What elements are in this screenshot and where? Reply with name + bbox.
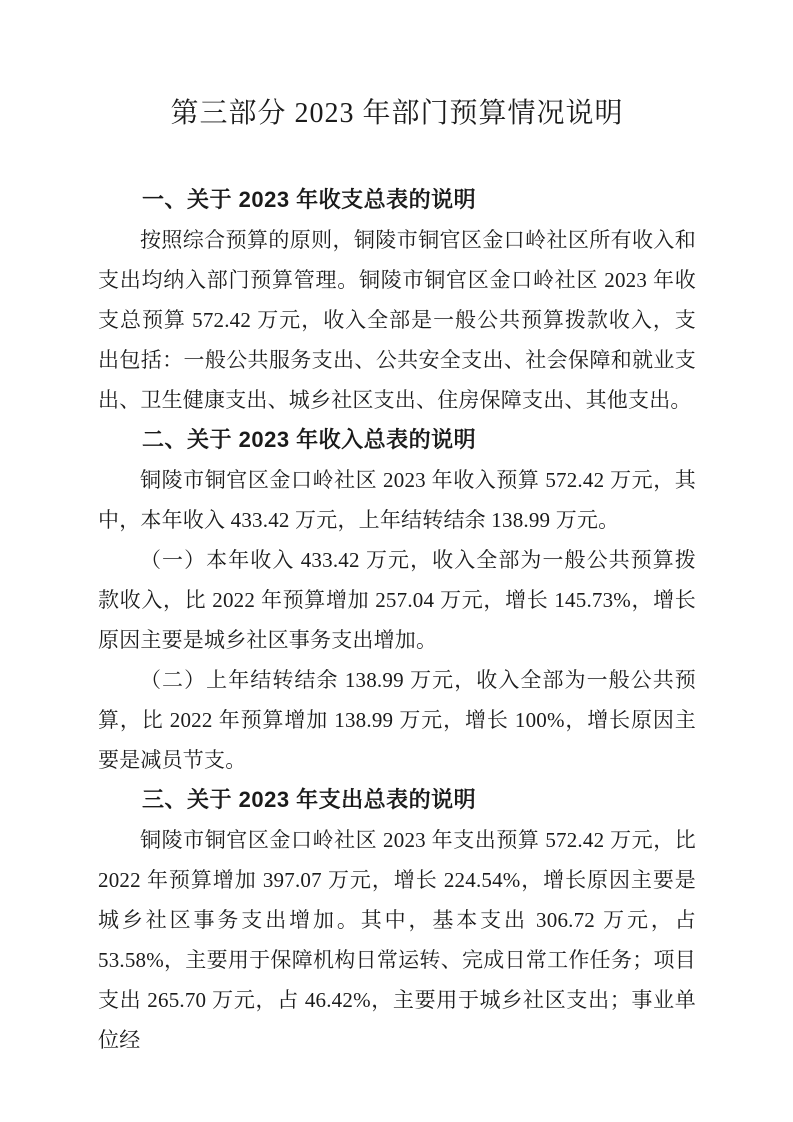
section-3-heading: 三、关于 2023 年支出总表的说明 — [98, 780, 696, 820]
section-income-budget: 二、关于 2023 年收入总表的说明 铜陵市铜官区金口岭社区 2023 年收入预… — [98, 420, 696, 780]
document-page: 第三部分 2023 年部门预算情况说明 一、关于 2023 年收支总表的说明 按… — [0, 0, 793, 1122]
section-3-paragraph-1: 铜陵市铜官区金口岭社区 2023 年支出预算 572.42 万元，比 2022 … — [98, 820, 696, 1060]
section-2-paragraph-2: （一）本年收入 433.42 万元，收入全部为一般公共预算拨款收入，比 2022… — [98, 540, 696, 660]
section-overall-budget: 一、关于 2023 年收支总表的说明 按照综合预算的原则，铜陵市铜官区金口岭社区… — [98, 180, 696, 420]
section-1-paragraph-1: 按照综合预算的原则，铜陵市铜官区金口岭社区所有收入和支出均纳入部门预算管理。铜陵… — [98, 220, 696, 420]
document-title: 第三部分 2023 年部门预算情况说明 — [98, 92, 696, 136]
section-1-heading: 一、关于 2023 年收支总表的说明 — [98, 180, 696, 220]
section-2-heading: 二、关于 2023 年收入总表的说明 — [98, 420, 696, 460]
section-2-paragraph-3: （二）上年结转结余 138.99 万元，收入全部为一般公共预算，比 2022 年… — [98, 660, 696, 780]
section-2-paragraph-1: 铜陵市铜官区金口岭社区 2023 年收入预算 572.42 万元，其中，本年收入… — [98, 460, 696, 540]
page-content-area: 第三部分 2023 年部门预算情况说明 一、关于 2023 年收支总表的说明 按… — [0, 0, 793, 1060]
section-expenditure-budget: 三、关于 2023 年支出总表的说明 铜陵市铜官区金口岭社区 2023 年支出预… — [98, 780, 696, 1060]
